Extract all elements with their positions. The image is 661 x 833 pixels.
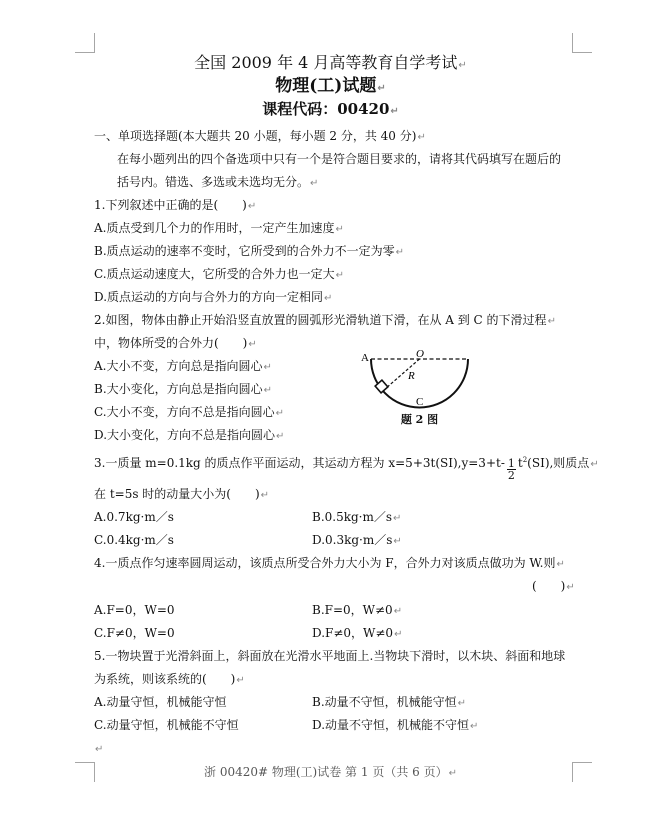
paragraph-mark-icon: ↵ <box>449 768 457 779</box>
question-3-option-c: C.0.4kg·m／s <box>94 533 174 547</box>
paragraph-mark-icon: ↵ <box>336 270 344 281</box>
semicircle-track-diagram: A O R C <box>357 347 482 411</box>
question-4-option-c: C.F≠0，W=0 <box>94 625 175 641</box>
paragraph-mark-icon: ↵ <box>394 606 402 617</box>
paragraph-mark-icon: ↵ <box>335 224 343 235</box>
option-text: B.0.5kg·m／s <box>312 510 392 524</box>
question-2-stem-text: 2.如图，物体由静止开始沿竖直放置的圆弧形光滑轨道下滑，在从 A 到 C 的下滑… <box>94 313 547 327</box>
paragraph-mark-icon: ↵ <box>236 675 244 686</box>
question-5-stem-text: 为系统，则该系统的( ) <box>94 672 235 686</box>
option-text: B.质点运动的速率不变时，它所受到的合外力不一定为零 <box>94 244 395 258</box>
question-4-stem-text: 4.一质点作匀速率圆周运动，该质点所受合外力大小为 F，合外力对该质点做功为 W… <box>94 556 555 570</box>
option-text: B.F=0，W≠0 <box>312 603 393 617</box>
paragraph-mark-icon: ↵ <box>548 316 556 327</box>
document-page: 全国 2009 年 4 月高等教育自学考试↵ 物理(工)试题↵ 课程代码：004… <box>0 0 661 833</box>
paragraph-mark-icon: ↵ <box>324 293 332 304</box>
section-instruction-2-text: 括号内。错选、多选或未选均无分。 <box>117 175 309 189</box>
question-1-stem: 1.下列叙述中正确的是( )↵ <box>94 197 256 215</box>
svg-text:C: C <box>416 396 423 408</box>
question-4-option-b: B.F=0，W≠0↵ <box>312 602 402 620</box>
option-text: C.大小不变，方向不总是指向圆心 <box>94 405 275 419</box>
question-4-option-d: D.F≠0，W≠0↵ <box>312 625 402 643</box>
question-2-stem-2: 中，物体所受的合外力( )↵ <box>94 335 257 353</box>
fraction-one-half: 12 <box>507 458 516 481</box>
fraction-denominator: 2 <box>507 470 516 481</box>
paragraph-mark-icon: ↵ <box>396 247 404 258</box>
question-5-stem-1: 5.一物块置于光滑斜面上，斜面放在光滑水平地面上.当物块下滑时，以木块、斜面和地… <box>94 648 565 664</box>
section-instruction-2: 括号内。错选、多选或未选均无分。↵ <box>117 174 318 192</box>
empty-paragraph: ↵ <box>94 740 103 758</box>
page-footer: 浙 00420# 物理(工)试卷 第 1 页（共 6 页）↵ <box>0 764 661 782</box>
subject-title: 物理(工)试题↵ <box>0 76 661 99</box>
option-text: A.质点受到几个力的作用时，一定产生加速度 <box>94 221 334 235</box>
question-2-option-b: B.大小变化，方向总是指向圆心↵ <box>94 381 272 399</box>
subject-title-text: 物理(工)试题 <box>275 76 376 96</box>
question-2-option-c: C.大小不变，方向不总是指向圆心↵ <box>94 404 284 422</box>
margin-corner-top-right <box>572 33 592 53</box>
question-5-option-b: B.动量不守恒，机械能守恒↵ <box>312 694 466 712</box>
option-text: D.0.3kg·m／s <box>312 533 392 547</box>
question-3-option-b: B.0.5kg·m／s↵ <box>312 509 401 527</box>
question-1-option-a: A.质点受到几个力的作用时，一定产生加速度↵ <box>94 220 344 238</box>
question-1-option-b: B.质点运动的速率不变时，它所受到的合外力不一定为零↵ <box>94 243 404 261</box>
paragraph-mark-icon: ↵ <box>590 459 598 470</box>
question-3-stem-2: 在 t=5s 时的动量大小为( )↵ <box>94 486 269 504</box>
svg-text:A: A <box>361 352 369 364</box>
question-3-stem-text: 在 t=5s 时的动量大小为( ) <box>94 487 260 501</box>
svg-text:R: R <box>407 370 415 382</box>
paragraph-mark-icon: ↵ <box>248 339 256 350</box>
question-4-stem: 4.一质点作匀速率圆周运动，该质点所受合外力大小为 F，合外力对该质点做功为 W… <box>94 555 565 573</box>
question-2-figure: A O R C 题 2 图 <box>357 347 482 429</box>
question-3-stem-text: (SI),则质点 <box>527 456 589 470</box>
paragraph-mark-icon: ↵ <box>417 132 425 143</box>
paragraph-mark-icon: ↵ <box>556 559 564 570</box>
section-instruction-1: 在每小题列出的四个备选项中只有一个是符合题目要求的，请将其代码填写在题后的 <box>117 151 561 167</box>
section-heading-text: 一、单项选择题(本大题共 20 小题，每小题 2 分，共 40 分) <box>94 129 416 143</box>
paragraph-mark-icon: ↵ <box>276 431 284 442</box>
question-2-stem-text: 中，物体所受的合外力( ) <box>94 336 247 350</box>
paragraph-mark-icon: ↵ <box>95 744 103 755</box>
option-text: C.质点运动速度大，它所受的合外力也一定大 <box>94 267 335 281</box>
page-footer-text: 浙 00420# 物理(工)试卷 第 1 页（共 6 页） <box>204 765 448 779</box>
question-5-stem-2: 为系统，则该系统的( )↵ <box>94 671 245 689</box>
answer-bracket-text: ( ) <box>532 579 565 593</box>
question-4-answer-bracket: ( )↵ <box>532 578 575 596</box>
question-3-stem-text: 3.一质量 m=0.1kg 的质点作平面运动，其运动方程为 x=5+3t(SI)… <box>94 456 505 470</box>
paragraph-mark-icon: ↵ <box>393 536 401 547</box>
paragraph-mark-icon: ↵ <box>393 513 401 524</box>
exam-title-text: 全国 2009 年 4 月高等教育自学考试 <box>194 53 457 72</box>
question-4-option-a: A.F=0，W=0 <box>94 602 175 618</box>
paragraph-mark-icon: ↵ <box>458 698 466 709</box>
option-text: D.质点运动的方向与合外力的方向一定相同 <box>94 290 323 304</box>
question-3-options-row-2: C.0.4kg·m／s <box>94 532 174 548</box>
question-3-option-a: A.0.7kg·m／s <box>94 510 174 524</box>
course-code-text: 课程代码：00420 <box>262 100 389 118</box>
paragraph-mark-icon: ↵ <box>276 408 284 419</box>
question-5-option-d: D.动量不守恒，机械能不守恒↵ <box>312 717 478 735</box>
paragraph-mark-icon: ↵ <box>470 721 478 732</box>
option-text: D.动量不守恒，机械能不守恒 <box>312 718 469 732</box>
paragraph-mark-icon: ↵ <box>394 629 402 640</box>
question-3-options-row-1: A.0.7kg·m／s <box>94 509 174 525</box>
question-2-option-a: A.大小不变，方向总是指向圆心↵ <box>94 358 272 376</box>
margin-corner-top-left <box>75 33 95 53</box>
paragraph-mark-icon: ↵ <box>263 362 271 373</box>
question-3-stem-1: 3.一质量 m=0.1kg 的质点作平面运动，其运动方程为 x=5+3t(SI)… <box>94 452 599 475</box>
svg-text:O: O <box>416 348 424 360</box>
paragraph-mark-icon: ↵ <box>310 178 318 189</box>
option-text: B.大小变化，方向总是指向圆心 <box>94 382 263 396</box>
question-1-option-d: D.质点运动的方向与合外力的方向一定相同↵ <box>94 289 332 307</box>
option-text: D.F≠0，W≠0 <box>312 626 393 640</box>
course-code: 课程代码：00420↵ <box>0 99 661 122</box>
question-1-stem-text: 1.下列叙述中正确的是( ) <box>94 198 247 212</box>
paragraph-mark-icon: ↵ <box>566 582 574 593</box>
figure-caption: 题 2 图 <box>357 411 482 427</box>
question-1-option-c: C.质点运动速度大，它所受的合外力也一定大↵ <box>94 266 344 284</box>
paragraph-mark-icon: ↵ <box>264 385 272 396</box>
option-text: D.大小变化，方向不总是指向圆心 <box>94 428 275 442</box>
option-text: B.动量不守恒，机械能守恒 <box>312 695 457 709</box>
question-2-stem-1: 2.如图，物体由静止开始沿竖直放置的圆弧形光滑轨道下滑，在从 A 到 C 的下滑… <box>94 312 556 330</box>
question-2-option-d: D.大小变化，方向不总是指向圆心↵ <box>94 427 284 445</box>
paragraph-mark-icon: ↵ <box>377 83 385 94</box>
question-3-option-d: D.0.3kg·m／s↵ <box>312 532 402 550</box>
paragraph-mark-icon: ↵ <box>248 201 256 212</box>
paragraph-mark-icon: ↵ <box>390 106 398 117</box>
paragraph-mark-icon: ↵ <box>261 490 269 501</box>
paragraph-mark-icon: ↵ <box>458 60 466 71</box>
question-5-option-c: C.动量守恒，机械能不守恒 <box>94 717 239 733</box>
option-text: A.大小不变，方向总是指向圆心 <box>94 359 262 373</box>
section-heading: 一、单项选择题(本大题共 20 小题，每小题 2 分，共 40 分)↵ <box>94 128 426 146</box>
exam-title: 全国 2009 年 4 月高等教育自学考试↵ <box>0 53 661 76</box>
question-5-option-a: A.动量守恒，机械能守恒 <box>94 694 226 710</box>
